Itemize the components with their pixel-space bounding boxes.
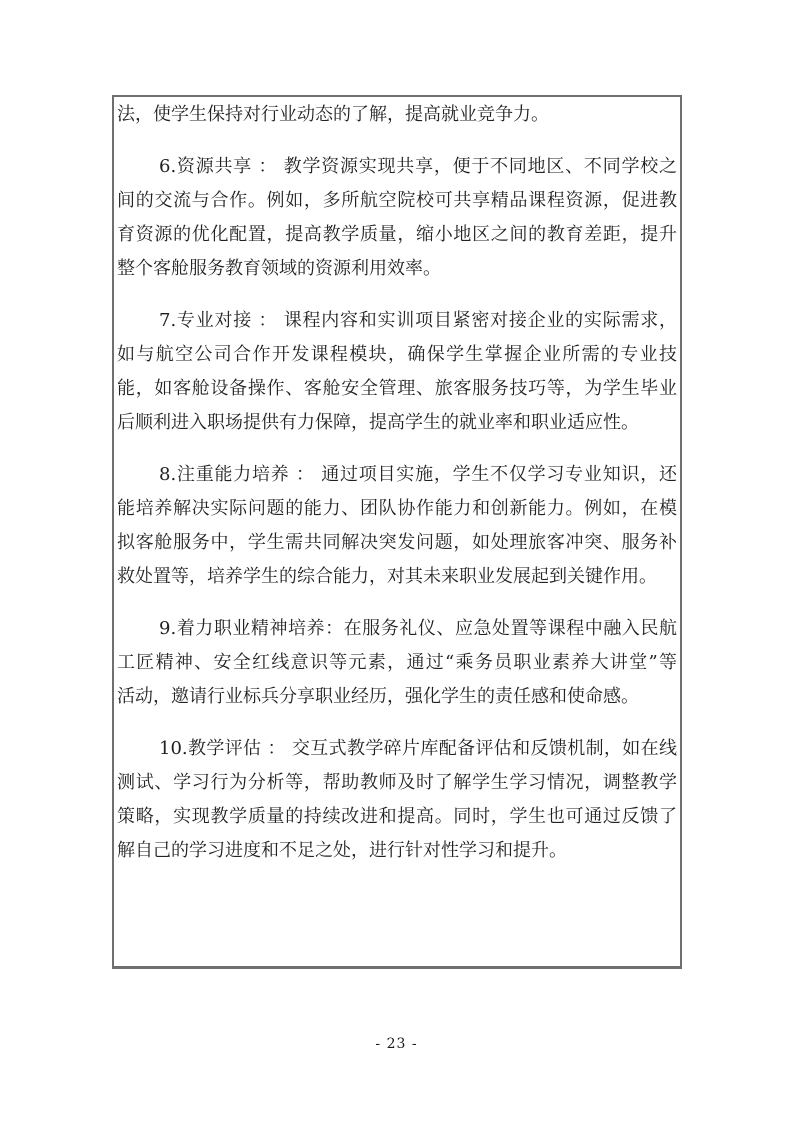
paragraph-line: 救处置等，培养学生的综合能力，对其未来职业发展起到关键作用。	[117, 560, 677, 594]
paragraph-line: 拟客舱服务中，学生需共同解决突发问题，如处理旅客冲突、服务补	[117, 526, 677, 560]
paragraph-line: 如与航空公司合作开发课程模块，确保学生掌握企业所需的专业技	[117, 338, 677, 372]
paragraph-line: 9.着力职业精神培养：在服务礼仪、应急处置等课程中融入民航	[117, 612, 677, 646]
paragraph-item-10: 10.教学评估 ： 交互式教学碎片库配备评估和反馈机制，如在线 测试、学习行为分…	[117, 732, 677, 868]
document-page: 法，使学生保持对行业动态的了解，提高就业竞争力。 6.资源共享 ： 教学资源实现…	[0, 0, 793, 1122]
paragraph-continuation: 法，使学生保持对行业动态的了解，提高就业竞争力。	[117, 98, 677, 132]
paragraph-item-7: 7.专业对接 ： 课程内容和实训项目紧密对接企业的实际需求， 如与航空公司合作开…	[117, 304, 677, 440]
paragraph-line: 整个客舱服务教育领域的资源利用效率。	[117, 252, 677, 286]
paragraph-line: 后顺利进入职场提供有力保障，提高学生的就业率和职业适应性。	[117, 406, 677, 440]
paragraph-line: 7.专业对接 ： 课程内容和实训项目紧密对接企业的实际需求，	[117, 304, 677, 338]
paragraph-item-8: 8.注重能力培养 ： 通过项目实施，学生不仅学习专业知识，还 能培养解决实际问题…	[117, 458, 677, 594]
paragraph-line: 8.注重能力培养 ： 通过项目实施，学生不仅学习专业知识，还	[117, 458, 677, 492]
paragraph-line: 6.资源共享 ： 教学资源实现共享，便于不同地区、不同学校之	[117, 150, 677, 184]
paragraph-item-9: 9.着力职业精神培养：在服务礼仪、应急处置等课程中融入民航 工匠精神、安全红线意…	[117, 612, 677, 714]
text-frame: 法，使学生保持对行业动态的了解，提高就业竞争力。 6.资源共享 ： 教学资源实现…	[112, 95, 682, 969]
paragraph-line: 测试、学习行为分析等，帮助教师及时了解学生学习情况，调整教学	[117, 766, 677, 800]
page-number: - 23 -	[0, 1036, 793, 1052]
paragraph-item-6: 6.资源共享 ： 教学资源实现共享，便于不同地区、不同学校之 间的交流与合作。例…	[117, 150, 677, 286]
paragraph-line: 10.教学评估 ： 交互式教学碎片库配备评估和反馈机制，如在线	[117, 732, 677, 766]
paragraph-line: 间的交流与合作。例如，多所航空院校可共享精品课程资源，促进教	[117, 184, 677, 218]
paragraph-line: 活动，邀请行业标兵分享职业经历，强化学生的责任感和使命感。	[117, 680, 677, 714]
paragraph-line: 能，如客舱设备操作、客舱安全管理、旅客服务技巧等，为学生毕业	[117, 372, 677, 406]
paragraph-line: 育资源的优化配置，提高教学质量，缩小地区之间的教育差距，提升	[117, 218, 677, 252]
paragraph-line: 解自己的学习进度和不足之处，进行针对性学习和提升。	[117, 834, 677, 868]
paragraph-line: 策略，实现教学质量的持续改进和提高。同时，学生也可通过反馈了	[117, 800, 677, 834]
paragraph-line: 法，使学生保持对行业动态的了解，提高就业竞争力。	[117, 98, 677, 132]
paragraph-line: 工匠精神、安全红线意识等元素，通过“乘务员职业素养大讲堂”等	[117, 646, 677, 680]
paragraph-line: 能培养解决实际问题的能力、团队协作能力和创新能力。例如，在模	[117, 492, 677, 526]
